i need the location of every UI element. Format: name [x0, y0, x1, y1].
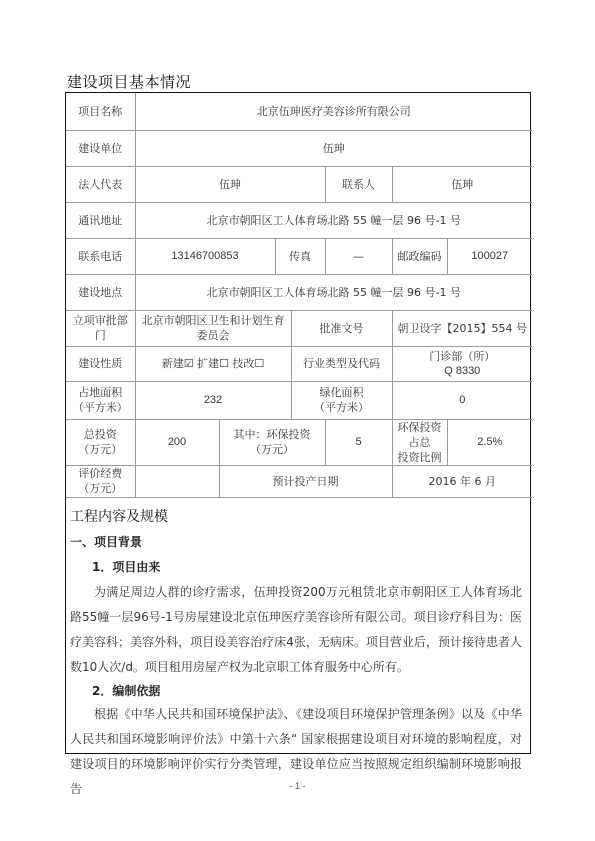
row-phone: 联系电话 13146700853 传真 — 邮政编码 100027 [66, 238, 532, 274]
value-phone: 13146700853 [135, 238, 275, 274]
label-postcode: 邮政编码 [392, 238, 447, 274]
row-evaluation: 评价经费 （万元） 预计投产日期 2016 年 6 月 [66, 465, 532, 497]
label-mailing-address: 通讯地址 [66, 202, 135, 238]
row-site: 建设地点 北京市朝阳区工人体育场北路 55 幢一层 96 号-1 号 [66, 274, 532, 310]
value-env-investment: 5 [325, 419, 392, 465]
value-fax: — [325, 238, 392, 274]
label-eval-line1: 评价经费 [69, 466, 132, 481]
section-title: 建设项目基本情况 [67, 71, 191, 92]
value-approval-dept: 北京市朝阳区卫生和计划生育委员会 [135, 310, 291, 346]
value-contact: 伍珅 [392, 166, 532, 202]
value-evaluation-fee [135, 465, 219, 497]
label-industry: 行业类型及代码 [291, 346, 392, 381]
label-contact: 联系人 [325, 166, 392, 202]
content-heading: 工程内容及规模 [70, 504, 522, 530]
project-info-table: 项目名称 北京伍珅医疗美容诊所有限公司 建设单位 伍珅 法人代表 伍珅 联系人 … [66, 93, 532, 498]
value-investment: 200 [135, 419, 219, 465]
value-mailing-address: 北京市朝阳区工人体育场北路 55 幢一层 96 号-1 号 [135, 202, 532, 238]
value-legal-rep: 伍珅 [135, 166, 325, 202]
project-info-frame: 项目名称 北京伍珅医疗美容诊所有限公司 建设单位 伍珅 法人代表 伍珅 联系人 … [65, 92, 531, 754]
label-area-line2: （平方米） [69, 400, 132, 415]
label-env-line1: 其中：环保投资 [223, 427, 322, 442]
value-area: 232 [135, 381, 291, 419]
value-green-area: 0 [392, 381, 532, 419]
label-area-line1: 占地面积 [69, 385, 132, 400]
label-ratio-line2: 投资比例 [396, 450, 444, 465]
label-ratio-line1: 环保投资占总 [396, 420, 444, 450]
value-env-ratio: 2.5% [447, 419, 532, 465]
label-site: 建设地点 [66, 274, 135, 310]
value-construction-unit: 伍珅 [135, 130, 532, 166]
label-evaluation-fee: 评价经费 （万元） [66, 465, 135, 497]
label-nature: 建设性质 [66, 346, 135, 381]
value-postcode: 100027 [447, 238, 532, 274]
value-nature-options: 新建☑ 扩建☐ 技改☐ [135, 346, 291, 381]
label-fax: 传真 [275, 238, 325, 274]
label-green-area: 绿化面积 （平方米） [291, 381, 392, 419]
label-project-name: 项目名称 [66, 93, 135, 130]
label-approval-doc: 批准文号 [291, 310, 392, 346]
paragraph-origin: 为满足周边人群的诊疗需求，伍珅投资200万元租赁北京市朝阳区工人体育场北路55幢… [70, 580, 522, 680]
label-production-date: 预计投产日期 [219, 465, 392, 497]
row-construction-unit: 建设单位 伍珅 [66, 130, 532, 166]
industry-code: Q 8330 [396, 364, 530, 379]
label-investment-line1: 总投资 [69, 427, 132, 442]
subsection-origin: 1．项目由来 [70, 555, 522, 580]
value-industry: 门诊部（所） Q 8330 [392, 346, 532, 381]
section-background: 一、项目背景 [70, 530, 522, 555]
subsection-basis: 2．编制依据 [70, 680, 522, 702]
row-mailing-address: 通讯地址 北京市朝阳区工人体育场北路 55 幢一层 96 号-1 号 [66, 202, 532, 238]
row-project-name: 项目名称 北京伍珅医疗美容诊所有限公司 [66, 93, 532, 130]
page-number: - 1 - [0, 781, 595, 791]
industry-name: 门诊部（所） [396, 349, 530, 364]
value-approval-doc: 朝卫设字【2015】554 号 [392, 310, 532, 346]
label-phone: 联系电话 [66, 238, 135, 274]
label-green-line2: （平方米） [295, 400, 389, 415]
label-investment: 总投资 （万元） [66, 419, 135, 465]
value-project-name: 北京伍珅医疗美容诊所有限公司 [135, 93, 532, 130]
label-area: 占地面积 （平方米） [66, 381, 135, 419]
label-legal-rep: 法人代表 [66, 166, 135, 202]
row-approval: 立项审批部门 北京市朝阳区卫生和计划生育委员会 批准文号 朝卫设字【2015】5… [66, 310, 532, 346]
row-nature: 建设性质 新建☑ 扩建☐ 技改☐ 行业类型及代码 门诊部（所） Q 8330 [66, 346, 532, 381]
value-site: 北京市朝阳区工人体育场北路 55 幢一层 96 号-1 号 [135, 274, 532, 310]
label-env-ratio: 环保投资占总 投资比例 [392, 419, 447, 465]
label-green-line1: 绿化面积 [295, 385, 389, 400]
label-construction-unit: 建设单位 [66, 130, 135, 166]
label-investment-line2: （万元） [69, 442, 132, 457]
label-approval-dept: 立项审批部门 [66, 310, 135, 346]
row-area: 占地面积 （平方米） 232 绿化面积 （平方米） 0 [66, 381, 532, 419]
row-legal-rep: 法人代表 伍珅 联系人 伍珅 [66, 166, 532, 202]
label-env-line2: （万元） [223, 442, 322, 457]
value-production-date: 2016 年 6 月 [392, 465, 532, 497]
label-env-investment: 其中：环保投资 （万元） [219, 419, 325, 465]
label-eval-line2: （万元） [69, 481, 132, 496]
row-investment: 总投资 （万元） 200 其中：环保投资 （万元） 5 环保投资占总 投资比例 … [66, 419, 532, 465]
content-section: 工程内容及规模 一、项目背景 1．项目由来 为满足周边人群的诊疗需求，伍珅投资2… [66, 504, 530, 802]
